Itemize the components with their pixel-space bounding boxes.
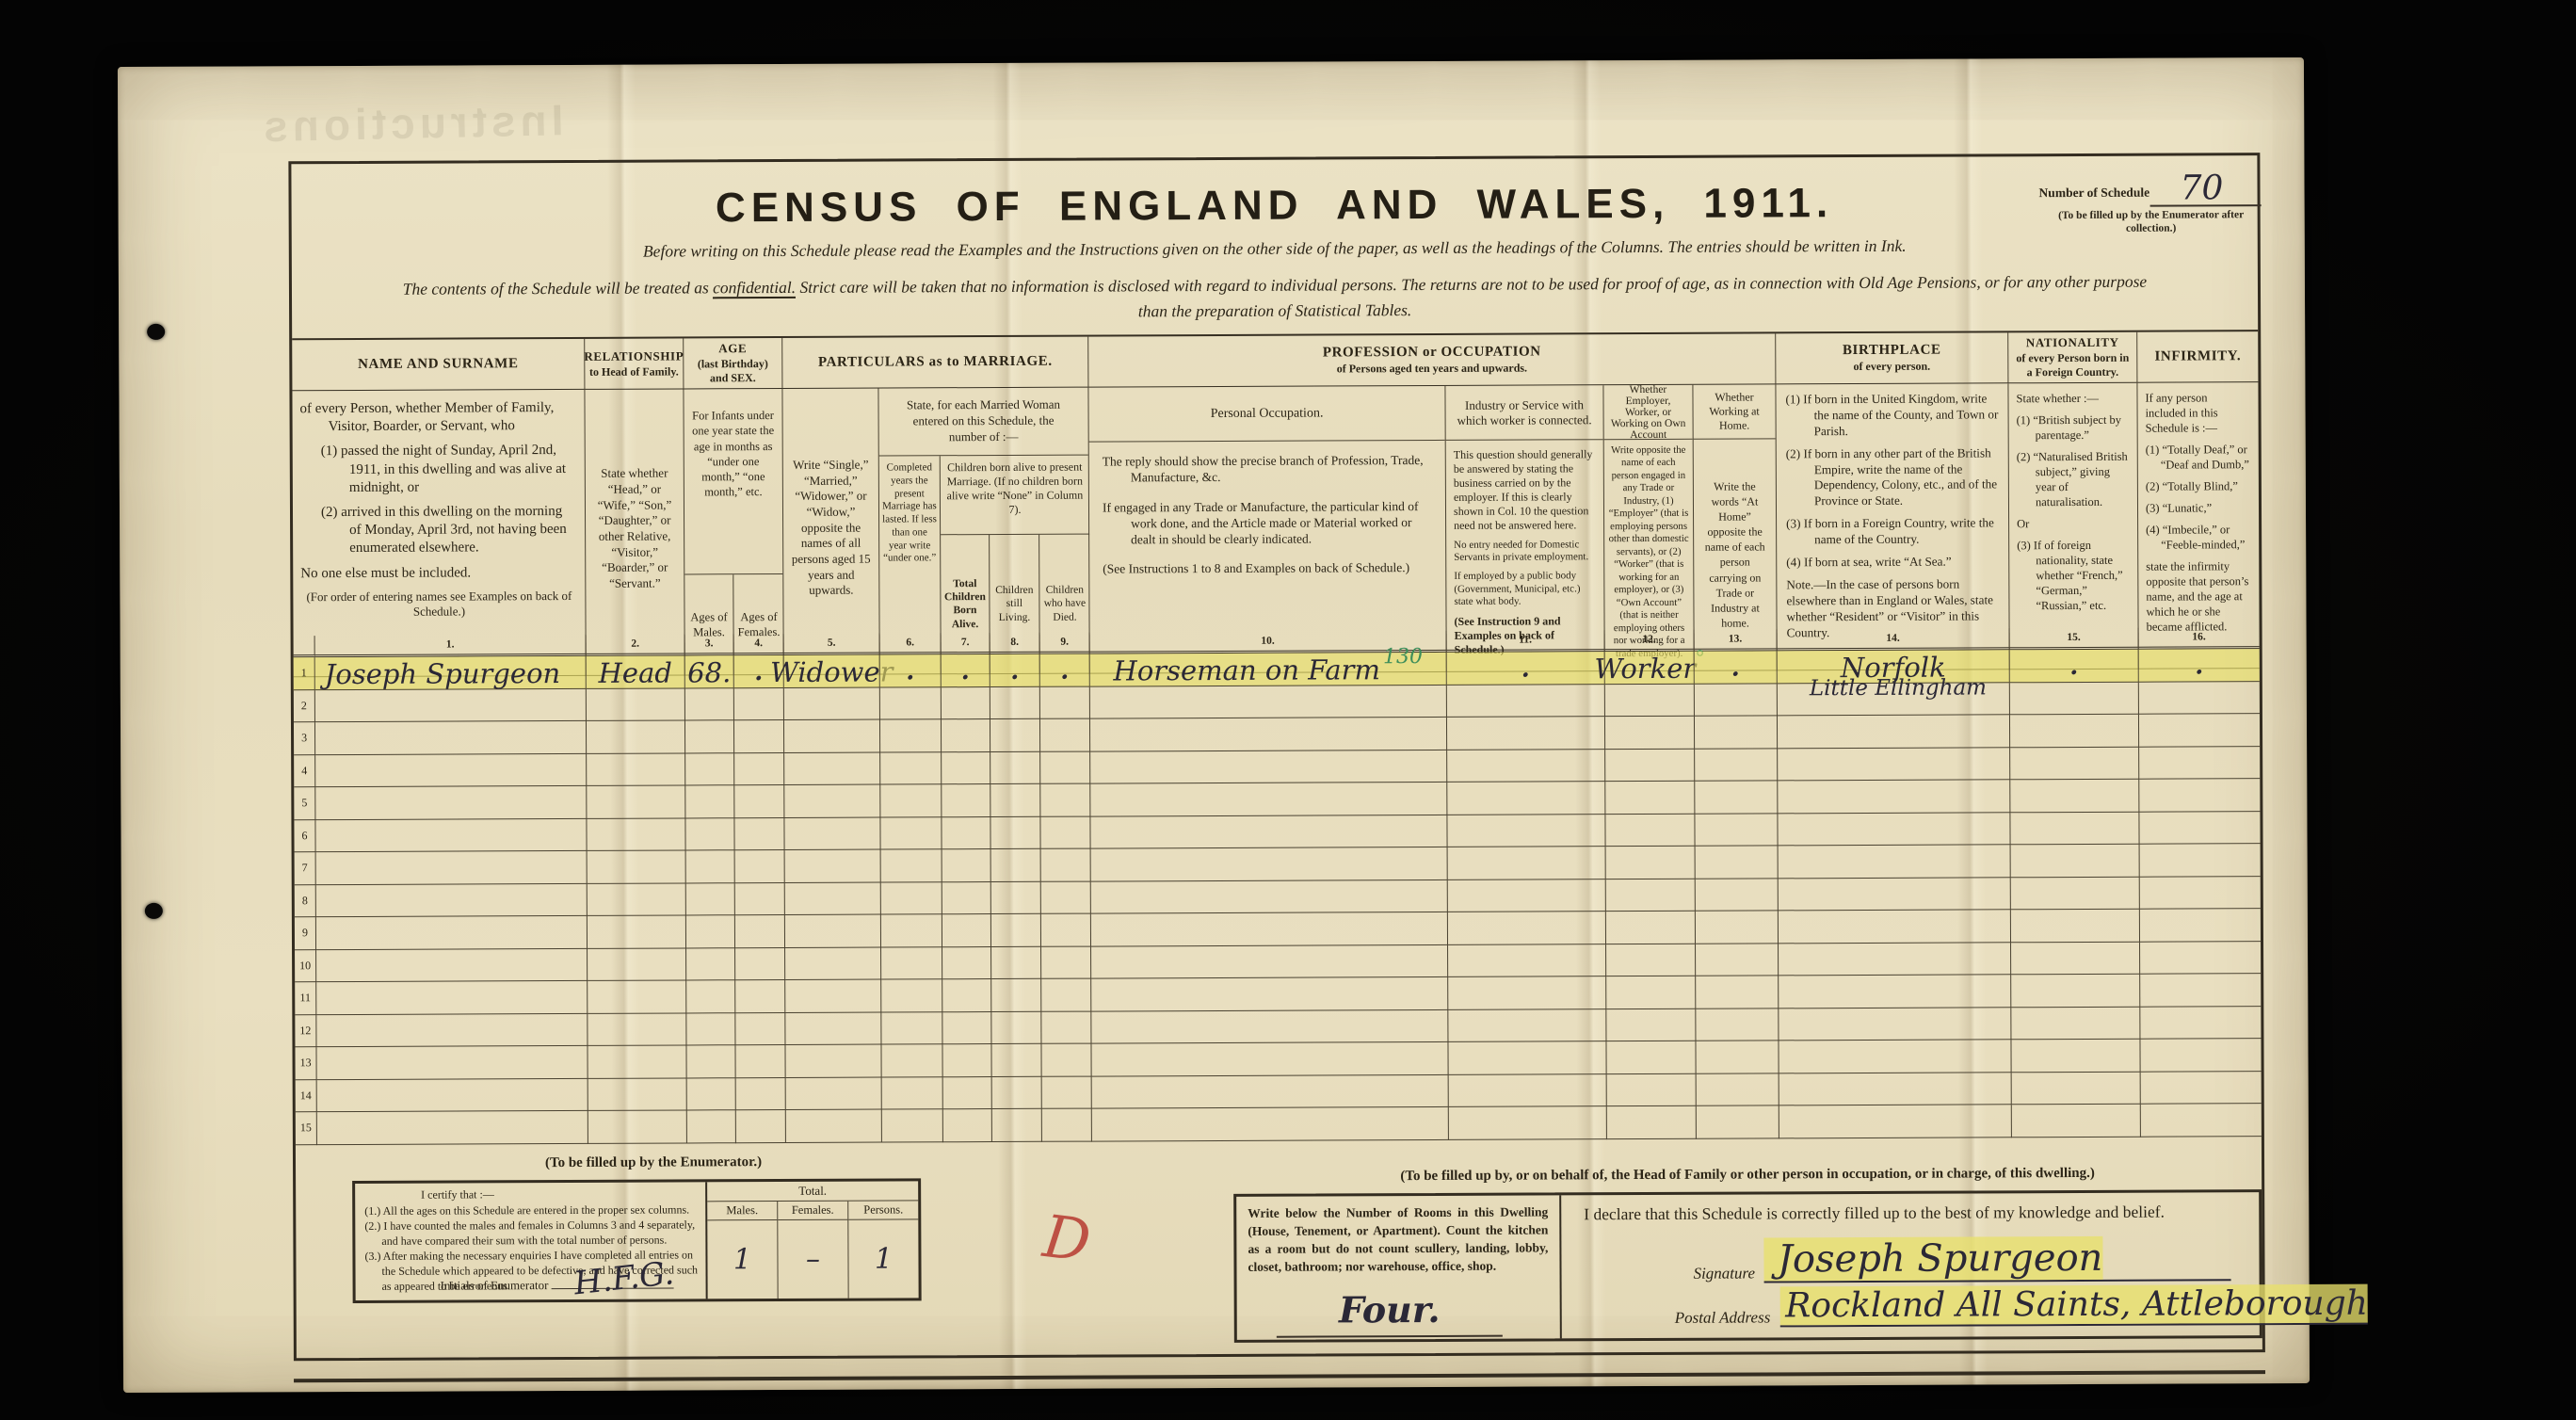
table-cell [686, 850, 735, 883]
table-cell [588, 1078, 687, 1111]
red-checkmark-annotation: D [1039, 1202, 1094, 1275]
table-cell [1605, 814, 1695, 847]
totals-persons-column: Persons. 1 [848, 1201, 918, 1298]
table-cell [2010, 812, 2139, 845]
table-cell [2011, 1040, 2140, 1073]
relationship-description: State whether “Head,” or “Wife,” “Son,” … [585, 389, 684, 675]
certify-item-2: (2.) I have counted the males and female… [364, 1218, 698, 1250]
table-cell [1091, 879, 1448, 913]
table-cell [1448, 1041, 1606, 1074]
table-cell [2011, 910, 2140, 943]
table-cell [785, 915, 881, 948]
row-number: 6 [294, 820, 315, 853]
name-desc-p3: (2) arrived in this dwelling on the morn… [300, 503, 577, 558]
males-label: Males. [707, 1202, 777, 1220]
name-desc-p5: (For order of entering names see Example… [300, 589, 577, 621]
table-cell [315, 818, 587, 852]
table-cell [942, 914, 991, 947]
birthplace-desc-3: (3) If born in a Foreign Country, write … [1786, 516, 1999, 549]
declaration-text: I declare that this Schedule is correctl… [1584, 1202, 2242, 1224]
table-cell [882, 1077, 943, 1110]
header-marriage-title: PARTICULARS as to MARRIAGE. [818, 354, 1053, 371]
table-cell [786, 1110, 882, 1143]
table-cell [685, 785, 734, 818]
census-schedule-paper: Instructions CENSUS OF ENGLAND AND WALES… [118, 57, 2310, 1393]
table-cell [942, 1044, 991, 1077]
table-cell [735, 882, 785, 915]
table-cell [881, 914, 942, 947]
table-cell [1696, 1041, 1779, 1073]
work-at-home-column: Whether Working at Home. Write the words… [1693, 384, 1777, 670]
table-cell [2011, 877, 2140, 910]
row-number: 13 [295, 1047, 316, 1080]
table-cell [736, 1110, 786, 1143]
table-cell [735, 947, 785, 980]
confidential-paragraph: The contents of the Schedule will be tre… [320, 268, 2230, 328]
table-cell [686, 980, 735, 1013]
table-cell [316, 851, 588, 885]
table-cell [990, 719, 1040, 752]
row-number: 8 [295, 885, 316, 918]
table-cell [991, 946, 1041, 979]
nationality-or: Or [2017, 516, 2130, 532]
table-cell [1040, 686, 1090, 719]
table-cell [2012, 1072, 2141, 1105]
header-infirmity-title: INFIRMITY. [2154, 348, 2241, 364]
persons-value: 1 [875, 1242, 893, 1275]
table-cell [316, 883, 588, 917]
table-cell [785, 980, 881, 1013]
schedule-number-value: 70 [2180, 169, 2223, 207]
table-cell [990, 751, 1040, 784]
table-cell: . [2139, 649, 2260, 682]
table-cell [785, 850, 881, 883]
header-age-title: AGE [718, 341, 747, 356]
row-number: 11 [295, 982, 316, 1015]
table-cell [785, 1045, 881, 1078]
bleedthrough-text: Instructions [259, 94, 564, 152]
nationality-intro: State whether :— [2016, 391, 2129, 407]
table-cell [1040, 784, 1090, 817]
householder-box: Write below the Number of Rooms in this … [1233, 1189, 2262, 1343]
table-cell [784, 687, 880, 720]
row-number: 1 [294, 657, 315, 690]
header-name-title: NAME AND SURNAME [358, 356, 519, 373]
header-profession-title: PROFESSION or OCCUPATION [1323, 344, 1541, 361]
table-cell [685, 753, 734, 786]
header-age-sub: (last Birthday) and SEX. [687, 357, 778, 385]
table-cell [316, 981, 588, 1015]
header-birthplace-sub: of every person. [1853, 360, 1930, 374]
page-title: CENSUS OF ENGLAND AND WALES, 1911. [291, 178, 2257, 234]
table-cell: . [942, 654, 990, 687]
age-desc-text: For Infants under one year state the age… [684, 389, 782, 574]
table-cell [735, 1012, 785, 1045]
table-cell [734, 817, 784, 850]
table-cell [2140, 942, 2261, 975]
row-number: 15 [296, 1112, 317, 1145]
rooms-count: Four. [1277, 1284, 1503, 1338]
table-cell [1041, 849, 1091, 882]
table-cell [1042, 1076, 1092, 1109]
table-cell [685, 688, 734, 721]
table-cell: . [990, 654, 1040, 687]
personal-occupation-desc: The reply should show the precise branch… [1089, 441, 1446, 595]
table-cell [990, 784, 1040, 817]
table-cell [1090, 685, 1447, 718]
table-cell [881, 947, 942, 980]
confidential-line2: than the preparation of Statistical Tabl… [1138, 300, 1411, 320]
table-cell [734, 752, 784, 785]
table-cell [1041, 1011, 1091, 1044]
totals-males-column: Males. 1 [707, 1202, 778, 1299]
table-cell: . [2010, 650, 2139, 683]
column-number: 8. [990, 633, 1040, 654]
birthplace-desc-4: (4) If born at sea, write “At Sea.” [1786, 554, 1999, 571]
table-cell [1696, 879, 1779, 912]
table-cell [1040, 816, 1090, 849]
table-cell [1778, 715, 2010, 749]
table-cell [1447, 782, 1605, 815]
table-cell [880, 719, 942, 752]
column-number: 12. [1605, 630, 1695, 652]
schedule-number-label: Number of Schedule [2039, 186, 2150, 201]
nationality-description: State whether :— (1) “British subject by… [2008, 383, 2138, 670]
table-cell [1090, 815, 1447, 848]
table-cell [734, 720, 784, 753]
table-cell [2010, 780, 2139, 813]
table-header-main: NAME AND SURNAME RELATIONSHIP to Head of… [292, 331, 2258, 391]
males-value: 1 [733, 1243, 751, 1276]
table-cell [1605, 749, 1695, 782]
table-cell [2139, 747, 2260, 780]
table-cell [881, 1044, 942, 1077]
table-cell [2139, 682, 2260, 715]
employer-column: Whether Employer, Worker, or Working on … [1603, 385, 1694, 671]
table-cell [1091, 847, 1448, 881]
table-cell [316, 1046, 588, 1080]
marriage-status-text: Write “Single,” “Married,” “Widower,” or… [791, 458, 872, 599]
table-cell [587, 688, 685, 721]
table-cell [2010, 747, 2139, 780]
header-relationship: RELATIONSHIP to Head of Family. [585, 338, 684, 389]
table-cell [1090, 783, 1447, 816]
industry-desc-3: If employed by a public body (Government… [1454, 571, 1596, 608]
table-cell: . [1040, 654, 1090, 687]
table-cell [2011, 845, 2140, 878]
table-cell [1447, 750, 1605, 783]
infirmity-description: If any person included in this Schedule … [2137, 382, 2259, 669]
header-name: NAME AND SURNAME [292, 339, 585, 391]
table-cell [880, 784, 942, 817]
married-woman-banner: State, for each Married Woman entered on… [878, 388, 1087, 457]
table-cell [1779, 943, 2011, 976]
table-cell [686, 1013, 735, 1046]
table-cell: . [880, 654, 942, 687]
table-cell [784, 752, 880, 785]
table-cell [1092, 1074, 1449, 1108]
table-cell [1695, 684, 1778, 717]
nationality-desc-1: (1) “British subject by parentage.” [2017, 412, 2130, 444]
table-cell [992, 1109, 1042, 1142]
table-cell [687, 1078, 736, 1111]
table-cell [881, 1012, 942, 1045]
table-cell [1448, 1009, 1606, 1042]
table-cell [2139, 714, 2260, 747]
row-number: 3 [294, 722, 315, 755]
table-cell [785, 947, 881, 980]
header-infirmity: INFIRMITY. [2137, 331, 2258, 383]
table-cell [1091, 944, 1448, 978]
punch-hole [147, 324, 165, 340]
personal-occupation-label: Personal Occupation. [1088, 386, 1444, 443]
table-cell [1041, 914, 1091, 947]
table-cell [2140, 877, 2261, 910]
column-number: 13. [1695, 629, 1778, 651]
name-desc-p1: of every Person, whether Member of Famil… [299, 399, 576, 437]
table-cell [1447, 815, 1605, 847]
table-cell [1090, 750, 1447, 783]
table-cell [2140, 909, 2261, 942]
row-number: 7 [295, 852, 316, 885]
table-cell [1779, 1073, 2012, 1106]
table-cell [1448, 912, 1606, 944]
postal-address-label: Postal Address [1675, 1308, 1780, 1327]
schedule-number-note: (To be filled up by the Enumerator after… [2039, 208, 2263, 236]
table-cell [686, 915, 735, 948]
row-number: 12 [295, 1015, 316, 1048]
table-cell [2010, 682, 2139, 715]
table-cell [991, 1044, 1041, 1077]
header-nationality: NATIONALITY of every Person born in a Fo… [2008, 332, 2137, 384]
table-cell [317, 1111, 588, 1145]
table-cell [1696, 1009, 1779, 1041]
table-cell [942, 882, 991, 915]
work-at-home-label: Whether Working at Home. [1693, 384, 1775, 439]
table-cell [1779, 910, 2011, 944]
table-cell: . [1695, 651, 1778, 684]
employer-label: Whether Employer, Worker, or Working on … [1603, 385, 1692, 440]
column-number: 16. [2139, 627, 2260, 650]
column-number: 3. [685, 634, 734, 655]
column-number: 4. [734, 634, 784, 655]
header-relationship-title: RELATIONSHIP [584, 348, 684, 363]
table-cell [2141, 1072, 2262, 1105]
table-cell [1605, 717, 1695, 750]
column-number: 14. [1778, 628, 2010, 651]
birthplace-desc-1: (1) If born in the United Kingdom, write… [1785, 391, 1998, 440]
table-cell [1779, 1105, 2012, 1138]
table-cell [2011, 942, 2140, 975]
header-birthplace: BIRTHPLACE of every person. [1776, 332, 2008, 384]
table-cell [315, 753, 587, 787]
header-profession: PROFESSION or OCCUPATION of Persons aged… [1088, 333, 1776, 387]
table-cell [785, 1012, 881, 1045]
table-cell [1779, 1008, 2011, 1041]
enumerator-box: I certify that :— (1.) All the ages on t… [352, 1178, 922, 1303]
birthplace-desc-2: (2) If born in any other part of the Bri… [1786, 445, 1999, 510]
table-cell [316, 948, 588, 982]
table-cell [1779, 845, 2011, 879]
totals-females-column: Females. – [778, 1202, 848, 1299]
table-cell [1606, 944, 1696, 976]
table-cell [990, 816, 1040, 849]
table-header-descriptions: of every Person, whether Member of Famil… [292, 382, 2259, 636]
rooms-instruction-text: Write below the Number of Rooms in this … [1248, 1204, 1548, 1274]
table-cell [1042, 1109, 1092, 1142]
table-cell [1695, 716, 1778, 749]
punch-hole [145, 903, 163, 919]
confidential-post: Strict care will be taken that no inform… [796, 272, 2147, 297]
table-cell [1778, 813, 2010, 847]
infirmity-intro: If any person included in this Schedule … [2145, 390, 2250, 435]
table-cell [1779, 975, 2011, 1009]
signature-row: Signature Joseph Spurgeon [1693, 1235, 2230, 1283]
table-cell [1696, 846, 1779, 879]
header-birthplace-title: BIRTHPLACE [1843, 343, 1941, 359]
table-cell [735, 915, 785, 948]
certify-intro: I certify that :— [364, 1186, 698, 1202]
table-cell [588, 915, 686, 948]
table-cell [943, 1077, 992, 1110]
table-cell [881, 882, 942, 915]
table-cell: . [1447, 652, 1605, 685]
infirmity-desc-4: (4) “Imbecile,” or “Feeble-minded,” [2146, 522, 2251, 552]
table-cell [1779, 878, 2011, 912]
nationality-desc-3: (3) If of foreign nationality, state whe… [2017, 538, 2130, 614]
table-cell [2140, 1039, 2261, 1072]
column-number: 15. [2010, 628, 2139, 651]
table-cell [1606, 1041, 1696, 1074]
column-number: 9. [1040, 633, 1090, 654]
table-cell: Widower [784, 655, 880, 688]
rooms-instruction-box: Write below the Number of Rooms in this … [1236, 1195, 1562, 1340]
table-cell [784, 817, 880, 850]
certify-item-1: (1.) All the ages on this Schedule are e… [364, 1202, 698, 1218]
table-cell [2010, 715, 2139, 748]
industry-desc-2: No entry needed for Domestic Servants in… [1454, 539, 1596, 564]
header-relationship-sub: to Head of Family. [589, 364, 679, 379]
row-number: 9 [295, 917, 316, 950]
table-cell [588, 948, 686, 981]
table-cell [588, 1013, 686, 1046]
marriage-status-description: Write “Single,” “Married,” “Widower,” or… [782, 389, 879, 675]
table-cell [942, 817, 990, 850]
table-cell [991, 1011, 1041, 1044]
table-cell [316, 1013, 588, 1047]
table-cell [1448, 879, 1606, 912]
table-cell [1447, 685, 1605, 718]
table-cell: Joseph Spurgeon [315, 656, 587, 690]
table-cell [735, 850, 785, 883]
initials-label: Initials of Enumerator [441, 1278, 549, 1293]
table-cell [1697, 1105, 1779, 1138]
table-cell [1091, 977, 1448, 1011]
schedule-number-block: Number of Schedule 70 (To be filled up b… [2039, 184, 2263, 236]
table-cell [1091, 912, 1448, 946]
females-value: – [806, 1243, 820, 1276]
form-bottom-rule [294, 1370, 2265, 1382]
table-cell [2012, 1105, 2141, 1138]
table-cell [686, 1045, 735, 1078]
occupation-code-annotation: 130 [1383, 645, 1423, 669]
name-desc-p2: (1) passed the night of Sunday, April 2n… [300, 442, 577, 497]
table-cell [1606, 847, 1696, 879]
table-cell [588, 883, 686, 916]
table-cell [1041, 979, 1091, 1012]
census-table: NAME AND SURNAME RELATIONSHIP to Head of… [292, 330, 2262, 1145]
row-number: 10 [295, 950, 316, 983]
enumerator-certification: I certify that :— (1.) All the ages on t… [355, 1182, 706, 1300]
table-cell [942, 719, 990, 752]
table-cell [2011, 975, 2140, 1008]
table-cell [316, 916, 588, 950]
table-cell [1449, 1106, 1607, 1139]
age-description: For Infants under one year state the age… [684, 389, 783, 675]
table-body: 1Joseph SpurgeonHead68..Widower....Horse… [294, 649, 2262, 1145]
table-cell [991, 849, 1041, 882]
infirmity-desc-1: (1) “Totally Deaf,” or “Deaf and Dumb,” [2146, 442, 2251, 472]
table-cell [881, 849, 942, 882]
table-cell [1606, 1009, 1696, 1041]
table-cell [2141, 1104, 2262, 1137]
table-cell [734, 785, 784, 818]
table-cell [1090, 718, 1447, 751]
table-cell [1605, 782, 1695, 815]
table-cell [1448, 944, 1606, 977]
table-cell [942, 784, 990, 817]
table-cell [1696, 911, 1779, 944]
industry-column: Industry or Service with which worker is… [1445, 385, 1604, 672]
totals-table: Total. Males. 1 Females. – Persons. 1 [705, 1181, 919, 1299]
table-cell [786, 1077, 882, 1110]
row-number: 5 [294, 787, 315, 820]
infirmity-outro: state the infirmity opposite that person… [2146, 558, 2251, 634]
table-cell [735, 1045, 785, 1078]
table-cell [1695, 814, 1778, 847]
table-cell: 68. [685, 655, 734, 688]
personal-desc-2: If engaged in any Trade or Manufacture, … [1103, 498, 1432, 548]
birthplace-detail: Little Ellingham [1810, 673, 1987, 702]
table-cell [587, 785, 685, 818]
table-cell [784, 720, 880, 753]
table-cell [686, 883, 735, 916]
table-cell [1778, 780, 2010, 814]
header-nationality-title: NATIONALITY [2026, 335, 2119, 350]
table-cell [880, 817, 942, 850]
personal-desc-1: The reply should show the precise branch… [1103, 452, 1432, 486]
table-cell [587, 720, 685, 753]
table-cell [992, 1076, 1042, 1109]
postal-address-value: Rockland All Saints, Attleborough [1779, 1284, 2368, 1326]
table-cell [1447, 717, 1605, 750]
infirmity-desc-2: (2) “Totally Blind,” [2146, 478, 2251, 493]
row-number: 14 [296, 1080, 317, 1113]
column-number: 7. [942, 633, 990, 654]
table-cell [1449, 1074, 1607, 1107]
column-number: 2. [587, 634, 685, 655]
table-cell [880, 687, 942, 720]
table-cell [1040, 751, 1090, 784]
table-cell [2140, 974, 2261, 1007]
table-cell [2139, 812, 2260, 845]
column-number: 6. [880, 633, 942, 654]
row-number: 2 [294, 690, 315, 723]
table-cell [2139, 779, 2260, 812]
header-age: AGE (last Birthday) and SEX. [684, 338, 782, 389]
table-cell [1696, 976, 1779, 1009]
header-profession-sub: of Persons aged ten years and upwards. [1337, 362, 1527, 377]
